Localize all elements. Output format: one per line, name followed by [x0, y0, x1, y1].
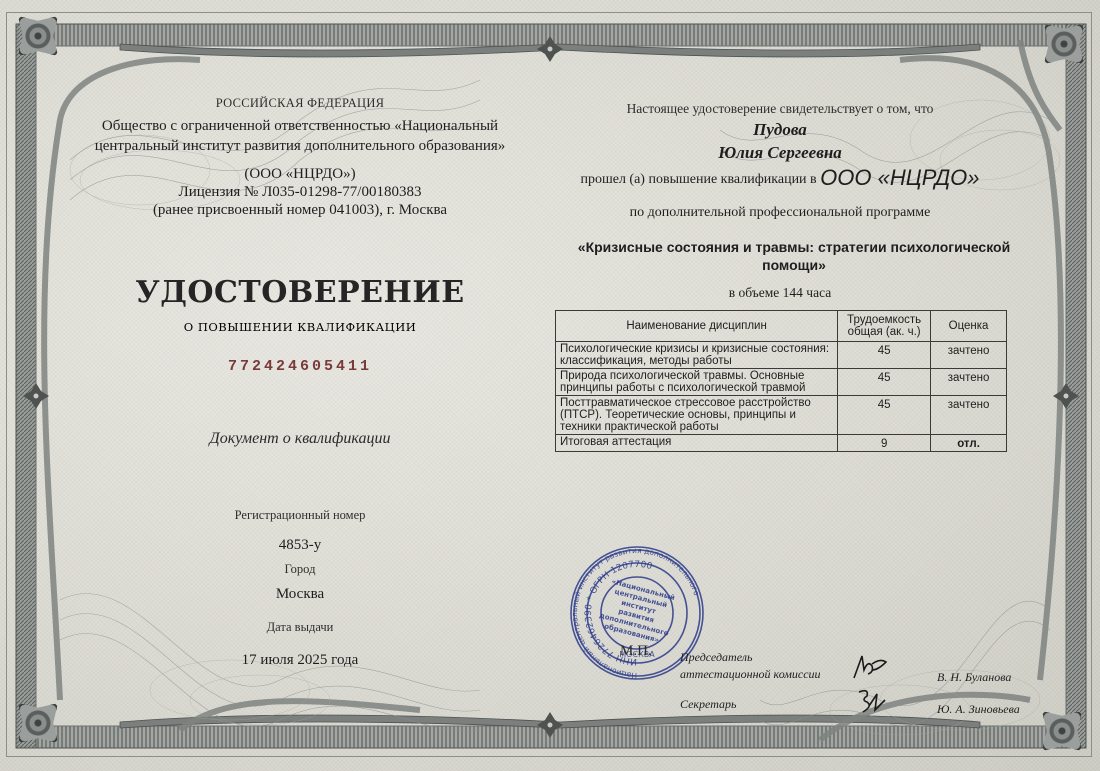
- chair-signature-icon: [850, 652, 890, 682]
- registration-number-value: 4853-у: [60, 537, 540, 554]
- program-intro: по дополнительной профессиональной прогр…: [555, 205, 1005, 221]
- header-hours-line-2: общая (ак. ч.): [842, 326, 926, 338]
- certificate-sheet: РОССИЙСКАЯ ФЕДЕРАЦИЯ Общество с ограниче…: [0, 0, 1100, 771]
- header-hours-line-1: Трудоемкость: [842, 314, 926, 326]
- table-row: Итоговая аттестация 9 отл.: [556, 435, 1007, 452]
- license-previous-number: (ранее присвоенный номер 041003), г. Мос…: [60, 202, 540, 219]
- discipline-hours: 45: [838, 369, 931, 396]
- discipline-grade: зачтено: [931, 342, 1007, 369]
- passed-text: прошел (а) повышение квалификации в: [580, 172, 816, 187]
- corner-ornament-bottom-right: [1042, 711, 1082, 751]
- document-subtitle: О ПОВЫШЕНИИ КВАЛИФИКАЦИИ: [60, 320, 540, 334]
- discipline-name: Психологические кризисы и кризисные сост…: [556, 342, 838, 369]
- secretary-title: Секретарь: [680, 697, 736, 712]
- discipline-grade: зачтено: [931, 369, 1007, 396]
- certifies-statement: Настоящее удостоверение свидетельствует …: [555, 101, 1005, 117]
- table-row: Посттравматическое стрессовое расстройст…: [556, 396, 1007, 435]
- discipline-name: Итоговая аттестация: [556, 435, 838, 452]
- city-label: Город: [60, 562, 540, 577]
- document-number: 772424605411: [60, 358, 540, 375]
- registration-number-label: Регистрационный номер: [60, 508, 540, 523]
- organization-short-name: (ООО «НЦРДО»): [60, 166, 540, 183]
- disciplines-table: Наименование дисциплин Трудоемкость обща…: [555, 310, 1007, 452]
- chair-name: В. Н. Буланова: [937, 670, 1011, 685]
- organization-inline: ООО «НЦРДО»: [820, 165, 979, 190]
- secretary-signature-icon: [855, 686, 889, 716]
- passed-statement: прошел (а) повышение квалификации в ООО …: [555, 165, 1005, 191]
- corner-ornament-top-left: [18, 16, 58, 56]
- discipline-grade: отл.: [931, 435, 1007, 452]
- chair-title-line-2: аттестационной комиссии: [680, 667, 821, 682]
- organization-full-name: Общество с ограниченной ответственностью…: [60, 116, 540, 156]
- city-value: Москва: [60, 586, 540, 603]
- stamp-place-label: М.П.: [620, 643, 652, 660]
- document-kind: Документ о квалификации: [60, 430, 540, 448]
- discipline-grade: зачтено: [931, 396, 1007, 435]
- chair-title-line-1: Председатель: [680, 650, 752, 665]
- issue-date-value: 17 июля 2025 года: [60, 652, 540, 669]
- header-discipline: Наименование дисциплин: [556, 311, 838, 342]
- holder-surname: Пудова: [555, 120, 1005, 140]
- program-volume: в объеме 144 часа: [555, 285, 1005, 301]
- table-row: Природа психологической травмы. Основные…: [556, 369, 1007, 396]
- discipline-name: Посттравматическое стрессовое расстройст…: [556, 396, 838, 435]
- organization-line-2: центральный институт развития дополнител…: [60, 136, 540, 156]
- document-title: УДОСТОВЕРЕНИЕ: [60, 275, 540, 310]
- country-heading: РОССИЙСКАЯ ФЕДЕРАЦИЯ: [60, 96, 540, 111]
- header-grade: Оценка: [931, 311, 1007, 342]
- holder-given-names: Юлия Сергеевна: [555, 143, 1005, 163]
- program-name: «Кризисные состояния и травмы: стратегии…: [555, 238, 1033, 274]
- discipline-hours: 45: [838, 342, 931, 369]
- organization-line-1: Общество с ограниченной ответственностью…: [60, 116, 540, 136]
- table-header-row: Наименование дисциплин Трудоемкость обща…: [556, 311, 1007, 342]
- corner-ornament-top-right: [1044, 24, 1084, 64]
- table-row: Психологические кризисы и кризисные сост…: [556, 342, 1007, 369]
- discipline-name: Природа психологической травмы. Основные…: [556, 369, 838, 396]
- header-hours: Трудоемкость общая (ак. ч.): [838, 311, 931, 342]
- discipline-hours: 45: [838, 396, 931, 435]
- issue-date-label: Дата выдачи: [60, 620, 540, 635]
- secretary-name: Ю. А. Зиновьева: [937, 702, 1020, 717]
- discipline-hours: 9: [838, 435, 931, 452]
- corner-ornament-bottom-left: [18, 703, 58, 743]
- license-number: Лицензия № Л035-01298-77/00180383: [60, 184, 540, 201]
